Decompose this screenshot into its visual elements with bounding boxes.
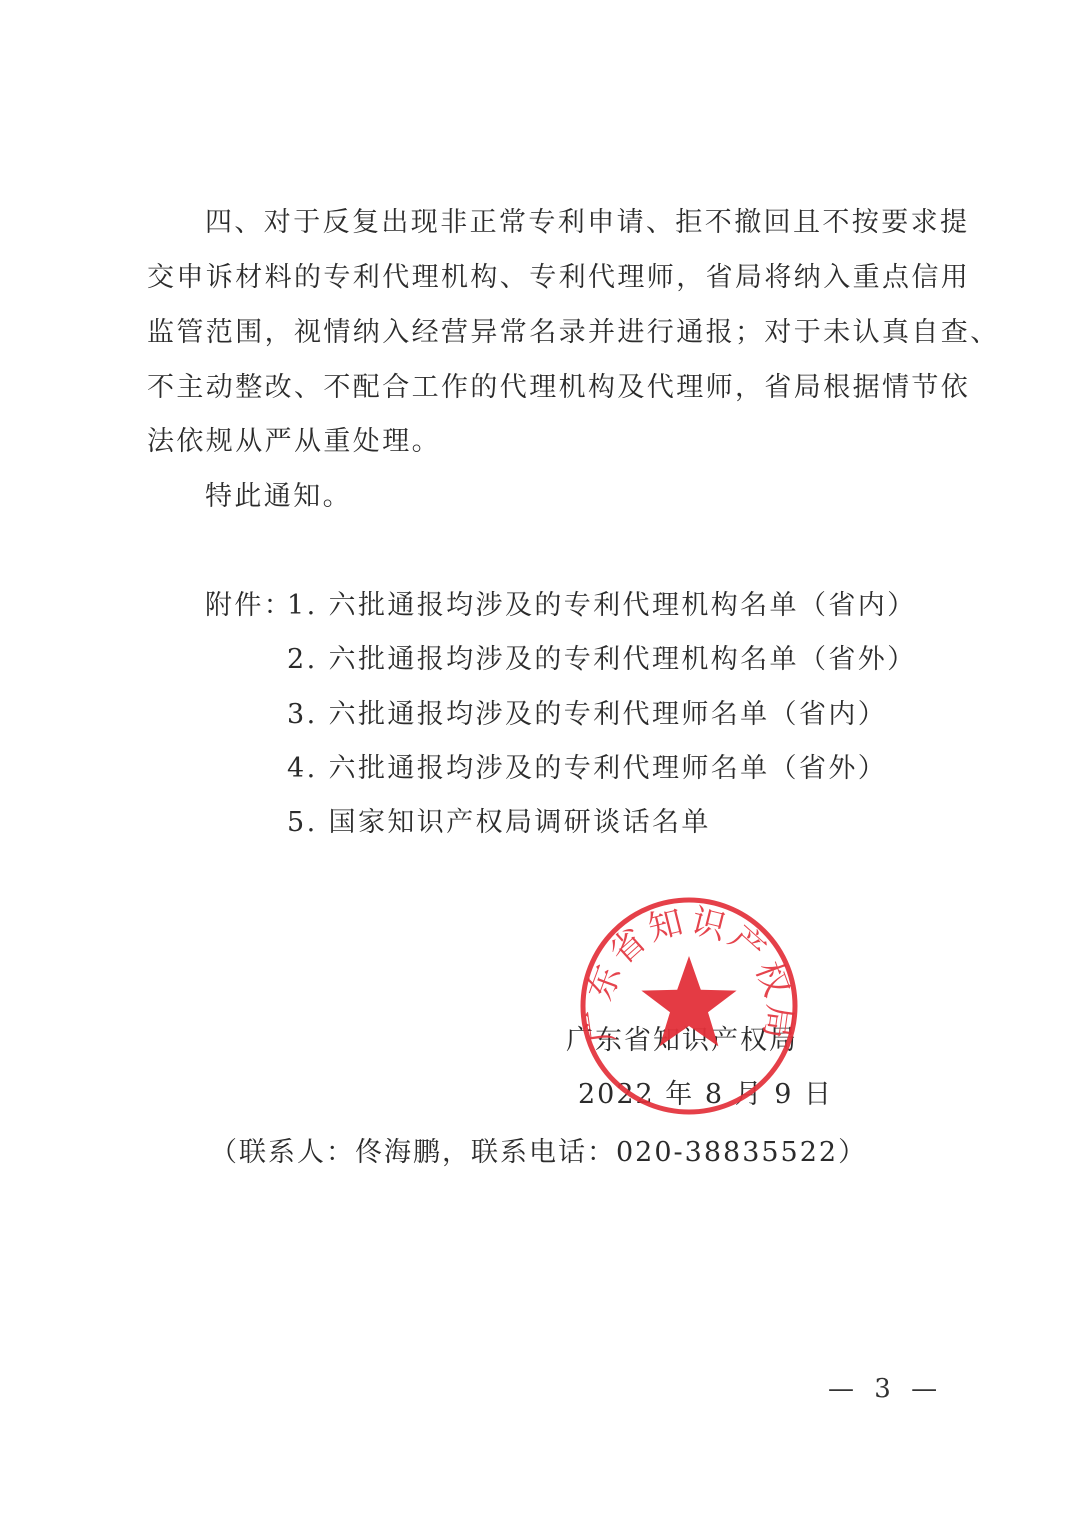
attachment-text: 六批通报均涉及的专利代理机构名单（省内） — [329, 590, 917, 621]
paragraph-4-line-5: 法依规从严从重处理。 — [147, 425, 441, 459]
closing-text: 特此通知。 — [205, 480, 352, 514]
attachment-item: 2. 六批通报均涉及的专利代理机构名单（省外） — [287, 643, 917, 677]
paragraph-4-line-2: 交申诉材料的专利代理机构、专利代理师，省局将纳入重点信用 — [147, 261, 970, 295]
paragraph-4-line-4: 不主动整改、不配合工作的代理机构及代理师，省局根据情节依 — [147, 371, 970, 405]
attachment-item: 5. 国家知识产权局调研谈话名单 — [287, 806, 711, 840]
attachment-number: 5. — [287, 807, 318, 838]
attachment-text: 六批通报均涉及的专利代理师名单（省内） — [329, 699, 888, 730]
attachment-text: 六批通报均涉及的专利代理师名单（省外） — [329, 753, 888, 784]
signature-org: 广东省知识产权局 — [566, 1024, 798, 1058]
attachment-item: 1. 六批通报均涉及的专利代理机构名单（省内） — [287, 589, 917, 623]
attachment-number: 2. — [287, 644, 318, 675]
attachment-text: 国家知识产权局调研谈话名单 — [329, 807, 711, 838]
attachment-text: 六批通报均涉及的专利代理机构名单（省外） — [329, 644, 917, 675]
attachments-label: 附件： — [205, 589, 293, 623]
attachment-item: 4. 六批通报均涉及的专利代理师名单（省外） — [287, 752, 887, 786]
contact-info: （联系人：佟海鹏，联系电话：020-38835522） — [210, 1136, 867, 1170]
paragraph-4-line-3: 监管范围，视情纳入经营异常名录并进行通报；对于未认真自查、 — [147, 316, 1000, 350]
page-number: — 3 — — [828, 1372, 943, 1406]
signature-date: 2022 年 8 月 9 日 — [578, 1078, 833, 1112]
document-page: 四、对于反复出现非正常专利申请、拒不撤回且不按要求提 交申诉材料的专利代理机构、… — [0, 0, 1080, 1526]
attachment-item: 3. 六批通报均涉及的专利代理师名单（省内） — [287, 698, 887, 732]
paragraph-4-line-1: 四、对于反复出现非正常专利申请、拒不撤回且不按要求提 — [205, 206, 969, 240]
attachment-number: 4. — [287, 753, 318, 784]
attachment-number: 3. — [287, 699, 318, 730]
attachment-number: 1. — [287, 590, 318, 621]
